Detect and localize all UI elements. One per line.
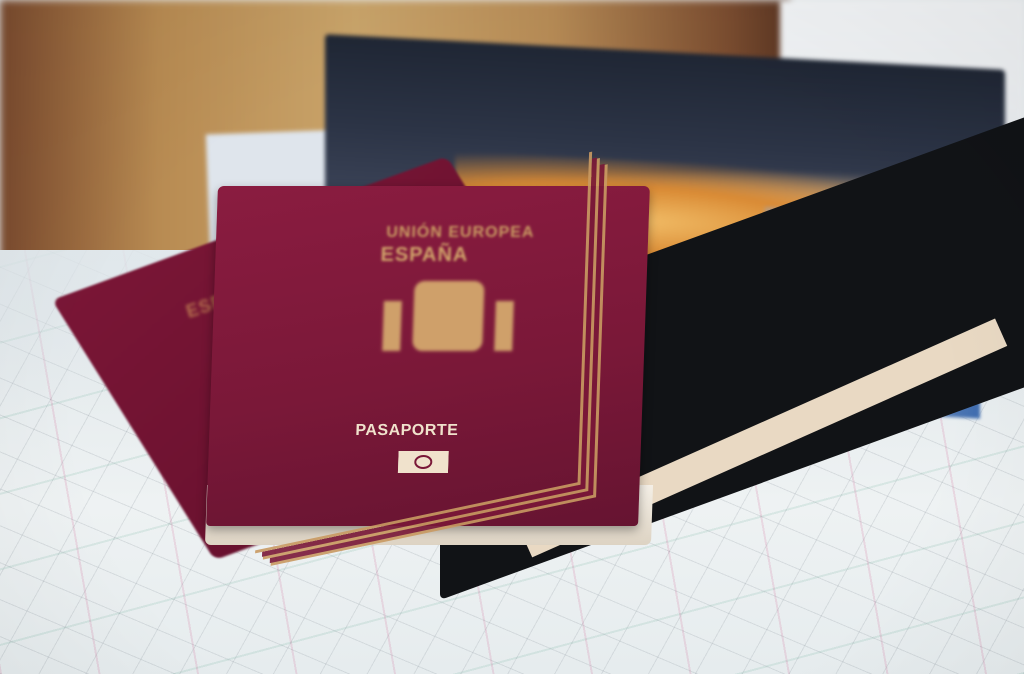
coat-of-arms-icon (372, 281, 524, 351)
passport-country-title: ESPAÑA (380, 244, 469, 267)
passport-front: UNIÓN EUROPEA ESPAÑA PASAPORTE (206, 186, 650, 526)
biometric-chip-icon (398, 451, 449, 473)
photo-scene: ESPAÑA UNIÓN EUROPEA ESPAÑA PASAPORTE (0, 0, 1024, 674)
passport-gold-frame (255, 152, 592, 554)
passport-label: PASAPORTE (355, 422, 459, 440)
passport-union-title: UNIÓN EUROPEA (386, 224, 535, 242)
